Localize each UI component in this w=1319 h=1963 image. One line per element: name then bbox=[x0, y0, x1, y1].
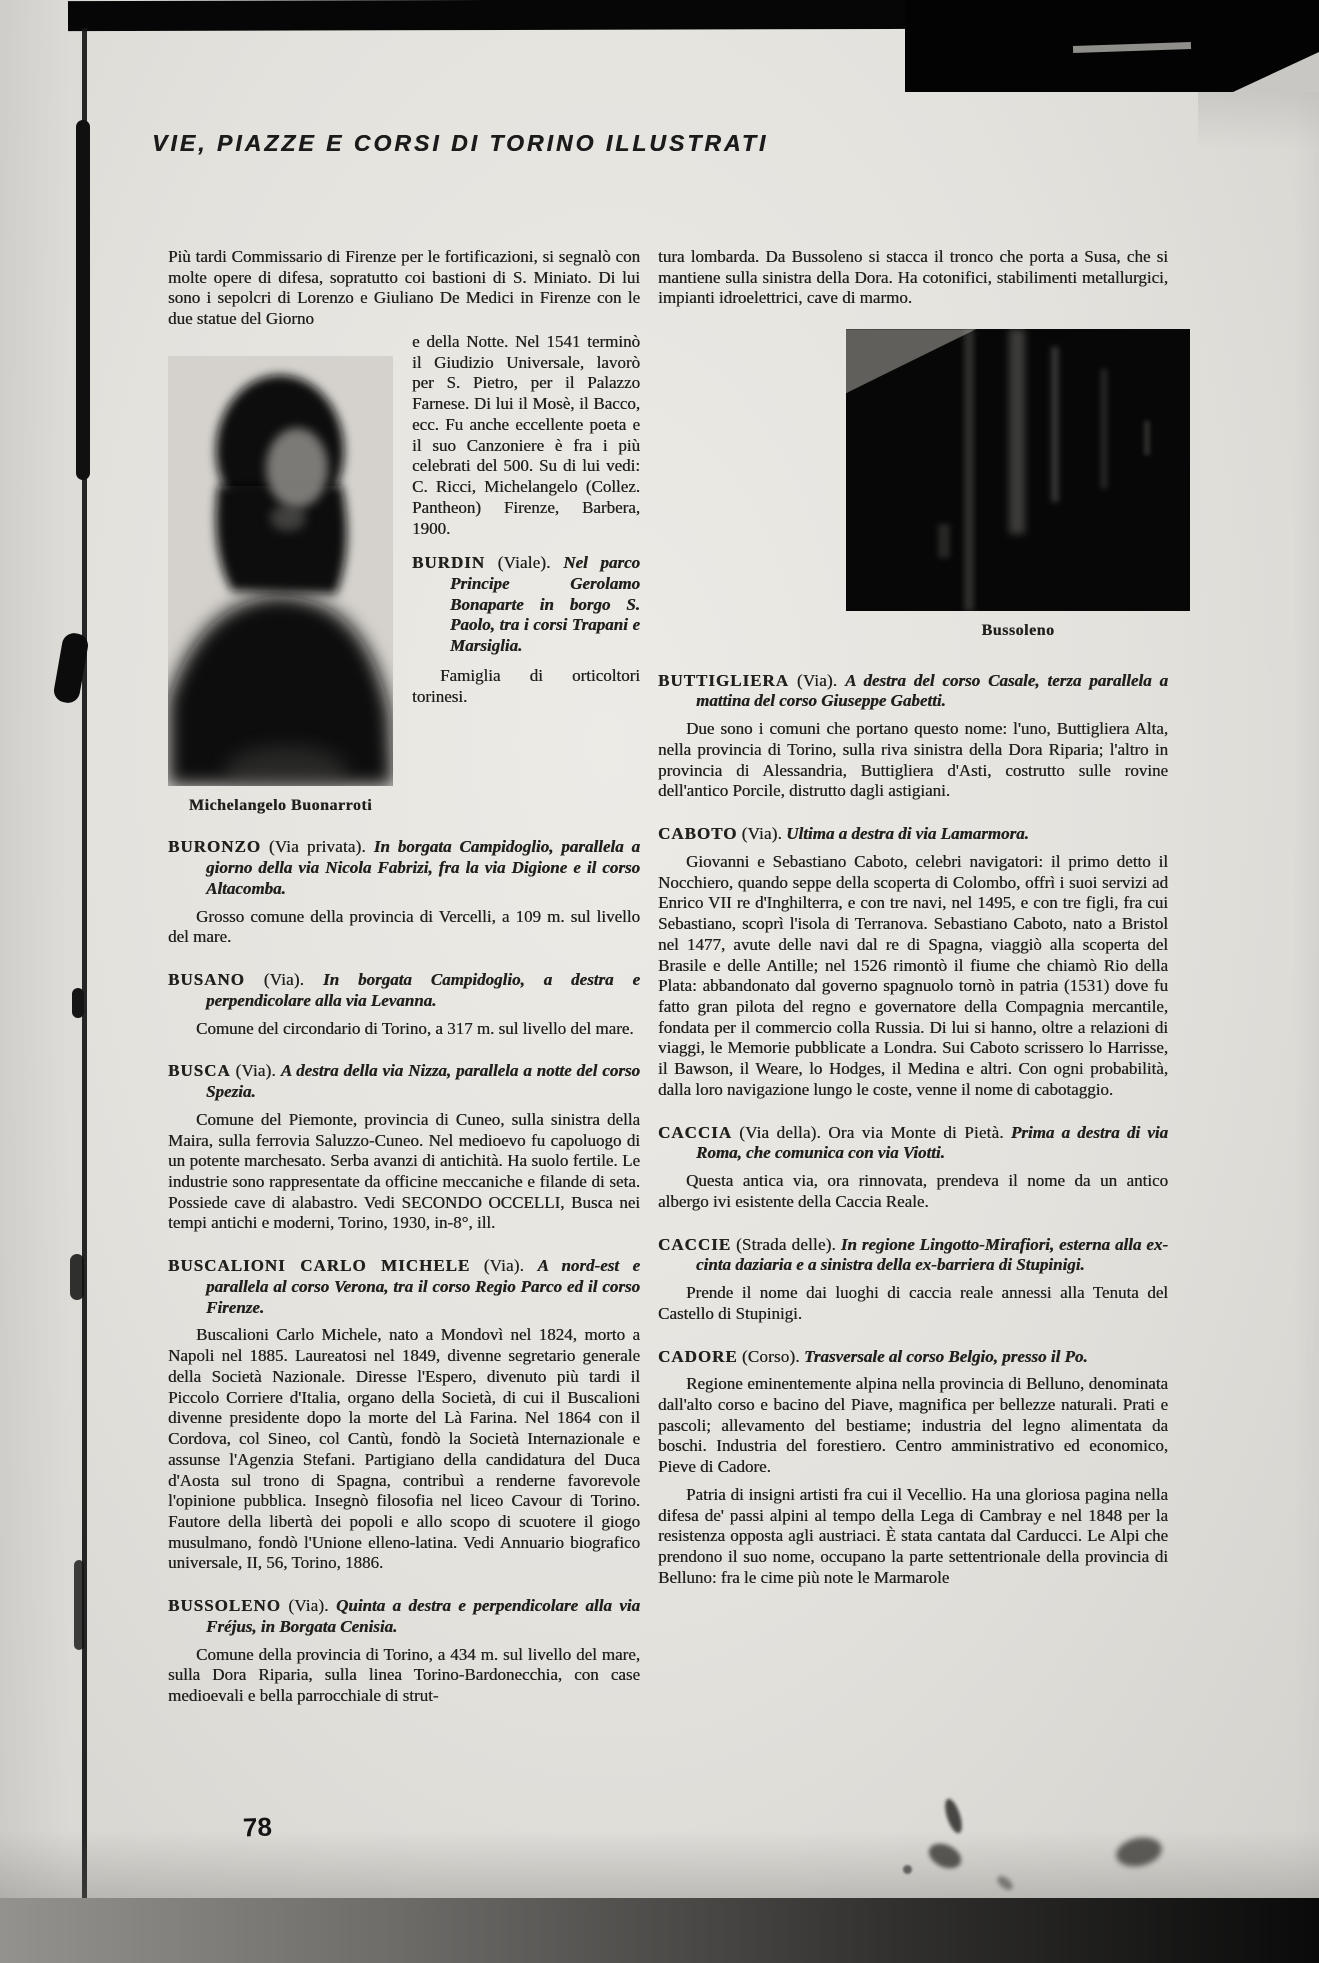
entry-headword: BURDIN bbox=[412, 553, 485, 572]
spine-ink-blob bbox=[70, 1254, 84, 1300]
left-column: Più tardi Commissario di Firenze per le … bbox=[168, 247, 640, 1707]
entry-kind: (Via). bbox=[288, 1596, 328, 1615]
bottom-page-shadow bbox=[0, 1830, 1319, 1900]
entry-paragraph: Giovanni e Sebastiano Caboto, celebri na… bbox=[658, 852, 1168, 1101]
spine-ink-blob bbox=[74, 1560, 84, 1650]
entry-cadore: CADORE (Corso). Trasversale al corso Bel… bbox=[658, 1347, 1168, 1368]
entry-caccia: CACCIA (Via della). Ora via Monte di Pie… bbox=[658, 1123, 1168, 1164]
entry-headword: CADORE bbox=[658, 1347, 738, 1366]
photo-light-wedge bbox=[846, 329, 976, 393]
entry-paragraph: Comune del circondario di Torino, a 317 … bbox=[168, 1019, 640, 1040]
entry-bussoleno: BUSSOLENO (Via). Quinta a destra e perpe… bbox=[168, 1596, 640, 1637]
scan-corner-notch bbox=[1233, 52, 1319, 92]
spine-ink-blob bbox=[76, 120, 90, 480]
running-header: VIE, PIAZZE E CORSI DI TORINO ILLUSTRATI bbox=[152, 130, 768, 157]
entry-burdin: BURDIN (Viale). Nel parco Principe Gerol… bbox=[412, 553, 640, 657]
entry-paragraph: Comune della provincia di Torino, a 434 … bbox=[168, 1645, 640, 1707]
figure-row: Michelangelo Buonarroti e della Notte. N… bbox=[168, 332, 640, 816]
entry-kind: (Via). bbox=[797, 671, 837, 690]
entry-headword: BUSANO bbox=[168, 970, 245, 989]
entry-paragraph: Regione eminentemente alpina nella provi… bbox=[658, 1374, 1168, 1478]
scan-gray-streak bbox=[1198, 92, 1319, 150]
entry-paragraph: Due sono i comuni che portano questo nom… bbox=[658, 719, 1168, 802]
scan-white-sliver bbox=[1073, 42, 1191, 53]
entry-kind: (Strada delle). bbox=[736, 1235, 836, 1254]
entry-busca: BUSCA (Via). A destra della via Nizza, p… bbox=[168, 1061, 640, 1102]
bussoleno-photo bbox=[846, 329, 1190, 611]
scan-bottom-dark-band bbox=[0, 1898, 1319, 1963]
entry-headword: BUSCALIONI CARLO MICHELE bbox=[168, 1256, 470, 1275]
entry-paragraph: Prende il nome dai luoghi di caccia real… bbox=[658, 1283, 1168, 1324]
scan-top-right-black-block bbox=[905, 0, 1319, 92]
portrait-caption: Michelangelo Buonarroti bbox=[168, 796, 393, 816]
michelangelo-figure: Michelangelo Buonarroti bbox=[168, 332, 408, 816]
entry-headword: BURONZO bbox=[168, 837, 261, 856]
entry-locator: Trasversale al corso Belgio, presso il P… bbox=[804, 1347, 1088, 1366]
entry-buronzo: BURONZO (Via privata). In borgata Campid… bbox=[168, 837, 640, 899]
photo-streak bbox=[1144, 421, 1150, 455]
intro-paragraph-wrapped: e della Notte. Nel 1541 terminò il Giudi… bbox=[412, 332, 640, 539]
entry-paragraph: Patria di insigni artisti fra cui il Vec… bbox=[658, 1485, 1168, 1589]
scanned-book-page: { "header": { "title": "VIE, PIAZZE E CO… bbox=[0, 0, 1319, 1963]
intro-paragraph-full: Più tardi Commissario di Firenze per le … bbox=[168, 247, 640, 330]
entry-buscalioni: BUSCALIONI CARLO MICHELE (Via). A nord-e… bbox=[168, 1256, 640, 1318]
entry-headword: BUSCA bbox=[168, 1061, 231, 1080]
entry-kind: (Via). bbox=[236, 1061, 276, 1080]
entry-paragraph: Famiglia di orticoltori torinesi. bbox=[412, 666, 640, 707]
entry-headword: CACCIE bbox=[658, 1235, 731, 1254]
entry-headword: CACCIA bbox=[658, 1123, 732, 1142]
entry-kind: (Via). bbox=[264, 970, 304, 989]
photo-streak bbox=[964, 329, 974, 611]
photo-streak bbox=[1051, 347, 1059, 502]
photo-streak bbox=[1101, 369, 1107, 489]
entry-caboto: CABOTO (Via). Ultima a destra di via Lam… bbox=[658, 824, 1168, 845]
continuation-paragraph: tura lombarda. Da Bussoleno si stacca il… bbox=[658, 247, 1168, 309]
michelangelo-portrait-image bbox=[168, 356, 393, 786]
spine-ink-blob bbox=[72, 988, 84, 1018]
entry-headword: BUSSOLENO bbox=[168, 1596, 281, 1615]
entry-kind: (Corso). bbox=[742, 1347, 800, 1366]
entry-kind: (Viale). bbox=[498, 553, 551, 572]
entry-paragraph: Buscalioni Carlo Michele, nato a Mondovì… bbox=[168, 1325, 640, 1574]
entry-kind: (Via privata). bbox=[269, 837, 366, 856]
entry-locator: Ultima a destra di via Lamarmora. bbox=[786, 824, 1029, 843]
photo-streak bbox=[938, 524, 950, 558]
entry-busano: BUSANO (Via). In borgata Campidoglio, a … bbox=[168, 970, 640, 1011]
entry-buttigliera: BUTTIGLIERA (Via). A destra del corso Ca… bbox=[658, 671, 1168, 712]
entry-kind: (Via). bbox=[484, 1256, 524, 1275]
entry-paragraph: Comune del Piemonte, provincia di Cuneo,… bbox=[168, 1110, 640, 1234]
page-left-margin-shade bbox=[0, 0, 82, 1963]
scan-top-black-bar bbox=[68, 0, 908, 31]
entry-headword: CABOTO bbox=[658, 824, 737, 843]
photo-caption: Bussoleno bbox=[846, 621, 1190, 641]
photo-streak bbox=[1009, 329, 1025, 534]
entry-paragraph: Grosso comune della provincia di Vercell… bbox=[168, 907, 640, 948]
right-column: tura lombarda. Da Bussoleno si stacca il… bbox=[658, 247, 1168, 1589]
entry-headword: BUTTIGLIERA bbox=[658, 671, 789, 690]
ink-smudge bbox=[903, 1865, 912, 1874]
entry-caccie: CACCIE (Strada delle). In regione Lingot… bbox=[658, 1235, 1168, 1276]
page-right-edge-shade bbox=[1293, 90, 1319, 1900]
entry-kind: (Via). bbox=[742, 824, 782, 843]
text-beside-portrait: e della Notte. Nel 1541 terminò il Giudi… bbox=[408, 332, 640, 816]
entry-kind: (Via della). Ora via Monte di Pietà. bbox=[739, 1123, 1004, 1142]
entry-paragraph: Questa antica via, ora rinnovata, prende… bbox=[658, 1171, 1168, 1212]
bussoleno-figure: Bussoleno bbox=[846, 329, 1190, 641]
